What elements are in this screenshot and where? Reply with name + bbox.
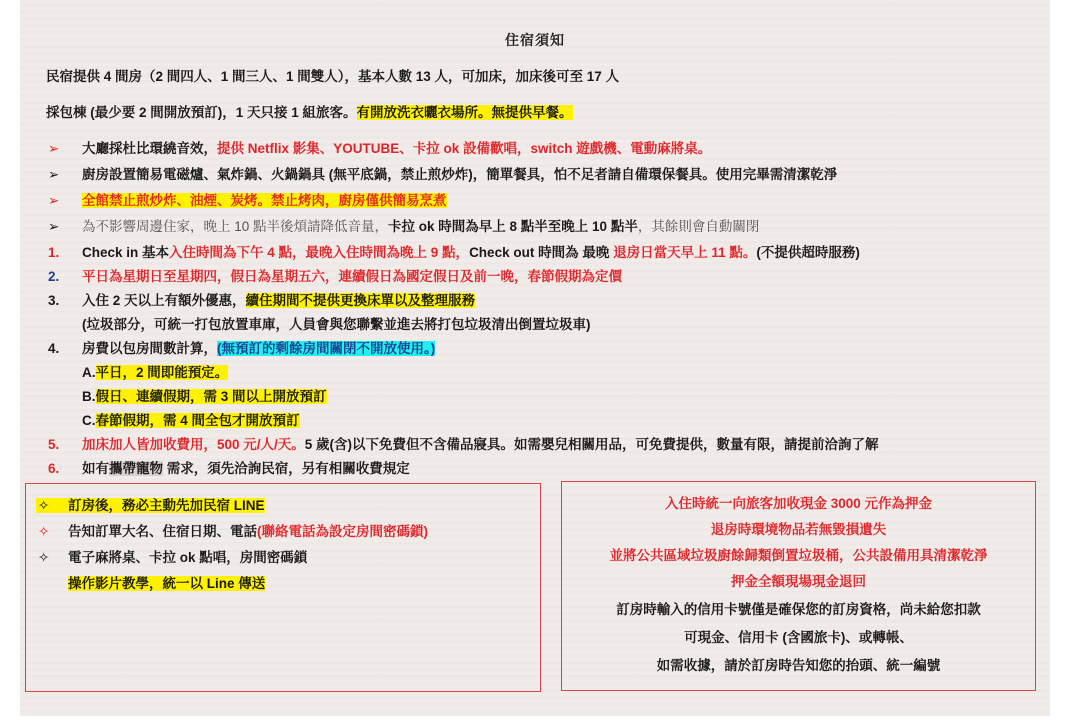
deposit-payment-box: 入住時統一向旅客加收現金 3000 元作為押金 退房時環境物品若無毀損遺失 並將… <box>561 481 1036 691</box>
bullet-item: ➢為不影響周邊住家，晚上 10 點半後煩請降低音量，卡拉 ok 時間為早上 8 … <box>48 218 759 236</box>
rule-text: Check in 基本 <box>82 245 169 260</box>
bullet-text: 廚房設置簡易電磁爐、氣炸鍋、火鍋鍋具 (無平底鍋，禁止煎炒炸)，簡單餐具，怕不足… <box>82 167 837 182</box>
box-item-text: 電子麻將桌、卡拉 ok 點唱，房間密碼鎖 <box>68 550 307 565</box>
rule-5: 5.加床加人皆加收費用，500 元/人/天。5 歲(含)以下免費但不含備品寢具。… <box>48 436 879 454</box>
intro-booking-highlight: 有開放洗衣曬衣場所。無提供早餐。 <box>357 105 573 120</box>
rule-note-text: (垃圾部分，可統一打包放置車庫，人員會與您聯繫並進去將打包垃圾清出倒置垃圾車) <box>82 317 591 332</box>
rule-text: 5 歲(含)以下免費但不含備品寢具。如需嬰兒相關用品，可免費提供，數量有限，請提… <box>305 437 879 452</box>
rule-text: (不提供超時服務) <box>756 245 860 260</box>
rule-3: 3.入住 2 天以上有額外優惠，續住期間不提供更換床單以及整理服務 <box>48 292 475 310</box>
sub-label: A. <box>82 365 96 380</box>
rule-text: 如有 <box>82 461 109 476</box>
line-contact-box: ✧訂房後，務必主動先加民宿 LINE ✧告知訂單大名、住宿日期、電話(聯絡電話為… <box>25 483 541 692</box>
rule-text-highlight: 續住期間不提供更換床單以及整理服務 <box>246 293 476 308</box>
sub-text-highlight: 春節假期，需 4 間全包才開放預訂 <box>96 413 300 428</box>
deposit-line: 並將公共區域垃圾廚餘歸類倒置垃圾桶，公共設備用具清潔乾淨 <box>562 544 1035 564</box>
intro-rooms: 民宿提供 4 間房（2 間四人、1 間三人、1 間雙人），基本人數 13 人，可… <box>46 68 619 86</box>
diamond-bullet-icon: ✧ <box>36 524 68 540</box>
rule-text: 入住 2 天以上有額外優惠， <box>82 293 246 308</box>
arrow-bullet-icon: ➢ <box>48 192 82 210</box>
rule-text-red: 平日為星期日至星期四，假日為星期五六，連續假日為國定假日及前一晚，春節假期為定價 <box>82 269 622 284</box>
diamond-bullet-icon: ✧ <box>36 498 68 514</box>
rule-text-cyan-highlight: (無預訂的剩餘房間關閉不開放使用。) <box>217 341 435 356</box>
intro-rooms-text: 民宿提供 4 間房（2 間四人、1 間三人、1 間雙人），基本人數 13 人，可… <box>46 69 619 84</box>
intro-booking-text: 採包棟 (最少要 2 間開放預訂)，1 天只接 1 組旅客。 <box>46 105 357 120</box>
bullet-item: ➢大廳採杜比環繞音效，提供 Netflix 影集、YOUTUBE、卡拉 ok 設… <box>48 140 711 158</box>
rule-number: 6. <box>48 460 82 478</box>
arrow-bullet-icon: ➢ <box>48 166 82 184</box>
rule-4-sub-c: C.春節假期，需 4 間全包才開放預訂 <box>82 412 300 430</box>
box-item: ✧告知訂單大名、住宿日期、電話(聯絡電話為設定房間密碼鎖) <box>36 520 428 540</box>
rule-text-grey-highlight: 攜帶寵物 <box>109 461 163 476</box>
page-title: 住宿須知 <box>20 30 1050 50</box>
payment-line: 如需收據，請於訂房時告知您的抬頭、統一編號 <box>562 654 1035 674</box>
sub-label: C. <box>82 413 96 428</box>
box-item-text: 訂房後，務必主動先加民宿 LINE <box>68 498 265 513</box>
sub-label: B. <box>82 389 96 404</box>
box-item: ✧訂房後，務必主動先加民宿 LINE <box>36 494 265 514</box>
box-item: 操作影片教學，統一以 Line 傳送 <box>68 572 265 592</box>
sub-text-highlight: 平日，2 間即能預定。 <box>96 365 229 380</box>
rule-1: 1.Check in 基本入住時間為下午 4 點，最晚入住時間為晚上 9 點，C… <box>48 244 860 262</box>
bullet-item: ➢全館禁止煎炒炸、油煙、炭烤。禁止烤肉，廚房僅供簡易烹煮 <box>48 192 447 210</box>
rule-number: 4. <box>48 340 82 358</box>
rule-text-red: 退房日當天早上 11 點。 <box>613 245 756 260</box>
box-item-text-highlight: 操作影片教學，統一以 Line 傳送 <box>68 576 265 591</box>
rule-text: 需求，須先洽詢民宿，另有相關收費規定 <box>163 461 410 476</box>
rule-number: 1. <box>48 244 82 262</box>
rule-6: 6.如有攜帶寵物 需求，須先洽詢民宿，另有相關收費規定 <box>48 460 410 478</box>
deposit-line: 退房時環境物品若無毀損遺失 <box>562 518 1035 538</box>
bullet-text-grey: ，其餘則會自動關閉 <box>638 219 760 234</box>
rule-text: 房費以包房間數計算， <box>82 341 217 356</box>
arrow-bullet-icon: ➢ <box>48 218 82 236</box>
bullet-text-red: 提供 Netflix 影集、YOUTUBE、卡拉 ok 設備歡唱，switch … <box>217 141 711 156</box>
bullet-text-red-highlight: 全館禁止煎炒炸、油煙、炭烤。禁止烤肉，廚房僅供簡易烹煮 <box>82 193 447 208</box>
box-item: ✧電子麻將桌、卡拉 ok 點唱，房間密碼鎖 <box>36 546 307 566</box>
rule-number: 5. <box>48 436 82 454</box>
rule-number: 3. <box>48 292 82 310</box>
payment-line: 可現金、信用卡 (含國旅卡)、或轉帳、 <box>562 626 1035 646</box>
deposit-line: 押金全額現場現金退回 <box>562 570 1035 590</box>
diamond-bullet-icon: ✧ <box>36 550 68 566</box>
bullet-text: 大廳採杜比環繞音效， <box>82 141 217 156</box>
rule-text-red: 加床加人皆加收費用，500 元/人/天。 <box>82 437 305 452</box>
box-item-text-red: (聯絡電話為設定房間密碼鎖) <box>257 524 428 539</box>
payment-line: 訂房時輸入的信用卡號僅是確保您的訂房資格，尚未給您扣款 <box>562 598 1035 618</box>
bullet-item: ➢廚房設置簡易電磁爐、氣炸鍋、火鍋鍋具 (無平底鍋，禁止煎炒炸)，簡單餐具，怕不… <box>48 166 837 184</box>
rule-text-red: 入住時間為下午 4 點，最晚入住時間為晚上 9 點， <box>169 245 469 260</box>
deposit-line: 入住時統一向旅客加收現金 3000 元作為押金 <box>562 492 1035 512</box>
rule-4-sub-b: B.假日、連續假期，需 3 間以上開放預訂 <box>82 388 327 406</box>
arrow-bullet-icon: ➢ <box>48 140 82 158</box>
bullet-text: 卡拉 ok 時間為早上 8 點半至晚上 10 點半 <box>388 219 638 234</box>
rule-number: 2. <box>48 268 82 286</box>
rule-text: Check out 時間為 最晚 <box>469 245 613 260</box>
intro-booking: 採包棟 (最少要 2 間開放預訂)，1 天只接 1 組旅客。有開放洗衣曬衣場所。… <box>46 104 573 122</box>
sub-text-highlight: 假日、連續假期，需 3 間以上開放預訂 <box>96 389 327 404</box>
rule-4: 4.房費以包房間數計算，(無預訂的剩餘房間關閉不開放使用。) <box>48 340 435 358</box>
rule-2: 2.平日為星期日至星期四，假日為星期五六，連續假日為國定假日及前一晚，春節假期為… <box>48 268 622 286</box>
bullet-text-grey: 為不影響周邊住家，晚上 10 點半後煩請降低音量， <box>82 219 388 234</box>
box-item-text: 告知訂單大名、住宿日期、電話 <box>68 524 257 539</box>
rule-4-sub-a: A.平日，2 間即能預定。 <box>82 364 228 382</box>
rule-3-note: (垃圾部分，可統一打包放置車庫，人員會與您聯繫並進去將打包垃圾清出倒置垃圾車) <box>82 316 591 334</box>
